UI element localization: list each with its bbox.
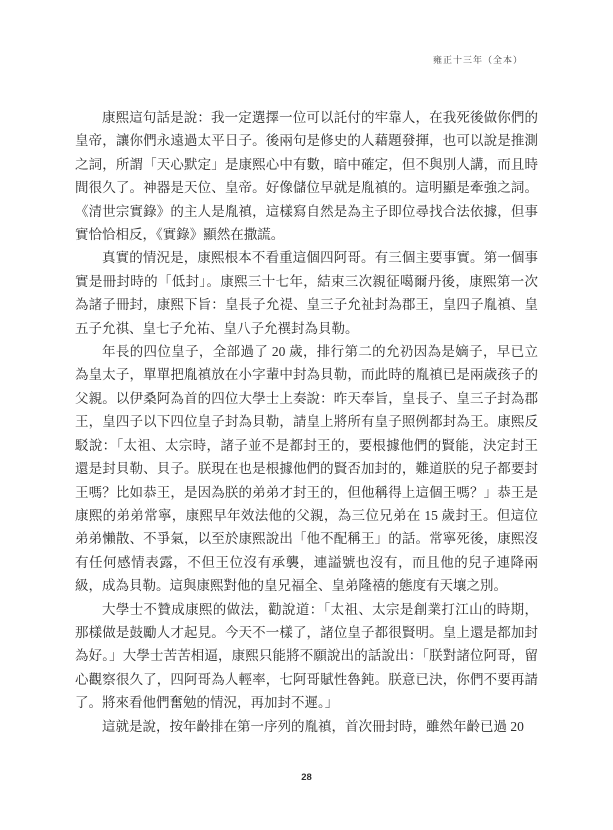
book-page: 雍正十三年（全本） 康熙這句話是說：我一定選擇一位可以託付的牢靠人，在我死後做你… — [0, 0, 613, 830]
running-header: 雍正十三年（全本） — [433, 53, 523, 66]
paragraph: 康熙這句話是說：我一定選擇一位可以託付的牢靠人，在我死後做你們的皇帝，讓你們永遠… — [75, 106, 538, 246]
paragraph: 大學士不贊成康熙的做法，勸說道：「太祖、太宗是創業打江山的時期，那樣做是鼓勵人才… — [75, 598, 538, 715]
paragraph: 真實的情況是，康熙根本不看重這個四阿哥。有三個主要事實。第一個事實是冊封時的「低… — [75, 246, 538, 340]
page-body: 康熙這句話是說：我一定選擇一位可以託付的牢靠人，在我死後做你們的皇帝，讓你們永遠… — [75, 106, 538, 738]
paragraph: 年長的四位皇子，全部過了 20 歲，排行第二的允礽因為是嫡子，早已立為皇太子，單… — [75, 340, 538, 597]
page-number: 28 — [0, 772, 613, 783]
paragraph: 這就是說，按年齡排在第一序列的胤禛，首次冊封時，雖然年齡已過 20 — [75, 715, 538, 738]
